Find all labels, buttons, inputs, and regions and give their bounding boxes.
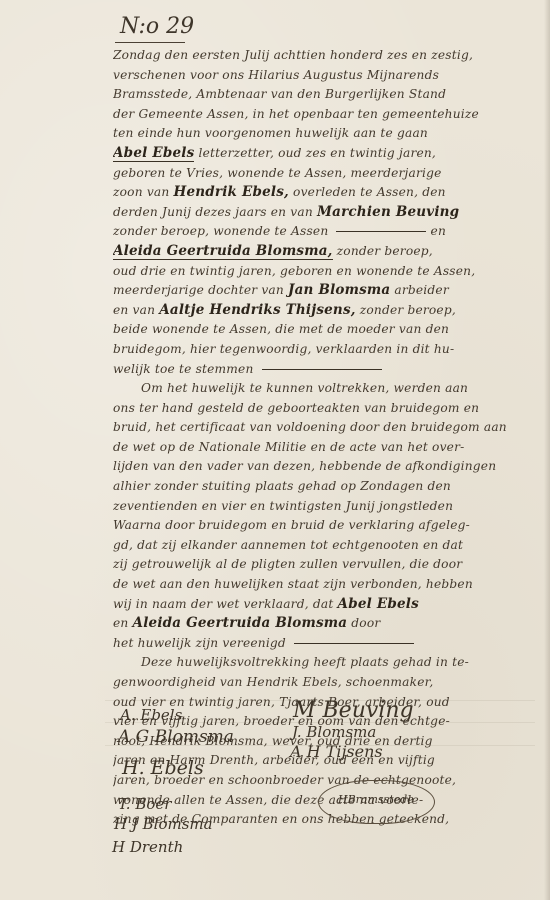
person-name: Marchien Beuving (317, 204, 459, 220)
signature: H Drenth (112, 838, 183, 856)
line-text: der Gemeente Assen, in het openbaar ten … (113, 107, 479, 121)
text-line: Abel Ebels letterzetter, oud zes en twin… (113, 144, 538, 164)
text-line: ten einde hun voorgenomen huwelijk aan t… (113, 124, 538, 144)
text-line: genwoordigheid van Hendrik Ebels, schoen… (113, 673, 538, 693)
text-line: Zondag den eersten Julij achttien honder… (113, 46, 538, 66)
text-line: verschenen voor ons Hilarius Augustus Mi… (113, 66, 538, 86)
line-text: Om het huwelijk te kunnen voltrekken, we… (141, 381, 468, 395)
text-line: gd, dat zij elkander aannemen tot echtge… (113, 536, 538, 556)
text-line: oud drie en twintig jaren, geboren en wo… (113, 262, 538, 282)
line-text: meerderjarige dochter van (113, 283, 284, 297)
line-text: Zondag den eersten Julij achttien honder… (113, 48, 473, 62)
text-line: de wet aan den huwelijken staat zijn ver… (113, 575, 538, 595)
text-line: Deze huwelijksvoltrekking heeft plaats g… (113, 653, 538, 673)
person-name: Aaltje Hendriks Thijsens, (159, 302, 355, 318)
text-line: zij getrouwelijk al de pligten zullen ve… (113, 555, 538, 575)
line-text: zoon van (113, 185, 169, 199)
signature: T. Boer (118, 795, 171, 813)
signature: A. Ebels (120, 706, 182, 724)
line-text: de wet aan den huwelijken staat zijn ver… (113, 577, 473, 591)
text-line: en van Aaltje Hendriks Thijsens, zonder … (113, 301, 538, 321)
text-line: Aleida Geertruida Blomsma, zonder beroep… (113, 242, 538, 262)
person-name: Aleida Geertruida Blomsma, (113, 243, 333, 260)
fill-line (294, 643, 414, 644)
text-line: lijden van den vader van dezen, hebbende… (113, 457, 538, 477)
text-line: bruidegom, hier tegenwoordig, verklaarde… (113, 340, 538, 360)
person-name: Aleida Geertruida Blomsma (133, 615, 348, 631)
record-number-underline (115, 42, 185, 43)
line-text: verschenen voor ons Hilarius Augustus Mi… (113, 68, 439, 82)
official-signature-flourish (318, 780, 435, 824)
line-text: zonder beroep, wonende te Assen (113, 224, 328, 238)
text-line: ons ter hand gesteld de geboorteakten va… (113, 399, 538, 419)
page-edge-shadow (544, 0, 550, 900)
line-text: en van (113, 303, 155, 317)
text-line: alhier zonder stuiting plaats gehad op Z… (113, 477, 538, 497)
line-text: derden Junij dezes jaars en van (113, 205, 313, 219)
line-text: genwoordigheid van Hendrik Ebels, schoen… (113, 675, 433, 689)
text-line: het huwelijk zijn vereenigd (113, 634, 538, 654)
text-line: Om het huwelijk te kunnen voltrekken, we… (113, 379, 538, 399)
line-text: Bramsstede, Ambtenaar van den Burgerlijk… (113, 87, 446, 101)
line-text: beide wonende te Assen, die met de moede… (113, 322, 449, 336)
signature: M Beuving (293, 698, 414, 723)
line-text: geboren te Vries, wonende te Assen, meer… (113, 166, 442, 180)
person-name: Hendrik Ebels, (174, 184, 289, 200)
line-text: ten einde hun voorgenomen huwelijk aan t… (113, 126, 428, 140)
text-line: bruid, het certificaat van voldoening do… (113, 418, 538, 438)
text-line: de wet op de Nationale Militie en de act… (113, 438, 538, 458)
line-text: zonder beroep, (337, 244, 433, 258)
text-line: der Gemeente Assen, in het openbaar ten … (113, 105, 538, 125)
signature: A H Tijsens (290, 742, 383, 761)
text-line: Waarna door bruidegom en bruid de verkla… (113, 516, 538, 536)
line-text: oud drie en twintig jaren, geboren en wo… (113, 264, 475, 278)
line-text: en (113, 616, 128, 630)
person-name: Jan Blomsma (288, 282, 390, 298)
line-text: de wet op de Nationale Militie en de act… (113, 440, 464, 454)
line-text: het huwelijk zijn vereenigd (113, 636, 286, 650)
line-text: zij getrouwelijk al de pligten zullen ve… (113, 557, 462, 571)
signature: H J Blomsma (114, 815, 213, 833)
line-text: Waarna door bruidegom en bruid de verkla… (113, 518, 470, 532)
text-line: welijk toe te stemmen (113, 360, 538, 380)
line-text: zonder beroep, (360, 303, 456, 317)
line-text: bruidegom, hier tegenwoordig, verklaarde… (113, 342, 454, 356)
line-text: welijk toe te stemmen (113, 362, 254, 376)
text-line: zeventienden en vier en twintigsten Juni… (113, 497, 538, 517)
text-line: en Aleida Geertruida Blomsma door (113, 614, 538, 634)
line-text: ons ter hand gesteld de geboorteakten va… (113, 401, 479, 415)
text-line: derden Junij dezes jaars en van Marchien… (113, 203, 538, 223)
line-text: overleden te Assen, den (293, 185, 446, 199)
line-text: door (351, 616, 380, 630)
signature: A G Blomsma (118, 727, 234, 747)
line-text: letterzetter, oud zes en twintig jaren, (198, 146, 436, 160)
text-line: meerderjarige dochter van Jan Blomsma ar… (113, 281, 538, 301)
text-line: geboren te Vries, wonende te Assen, meer… (113, 164, 538, 184)
text-line: Bramsstede, Ambtenaar van den Burgerlijk… (113, 85, 538, 105)
line-text: bruid, het certificaat van voldoening do… (113, 420, 507, 434)
line-text: en (431, 224, 446, 238)
person-name: Abel Ebels (113, 145, 194, 162)
text-line: beide wonende te Assen, die met de moede… (113, 320, 538, 340)
line-text: lijden van den vader van dezen, hebbende… (113, 459, 496, 473)
line-text: wij in naam der wet verklaard, dat (113, 597, 333, 611)
text-line: wij in naam der wet verklaard, dat Abel … (113, 595, 538, 615)
line-text: zeventienden en vier en twintigsten Juni… (113, 499, 453, 513)
fill-line (336, 231, 426, 232)
person-name: Abel Ebels (338, 596, 419, 612)
line-text: Deze huwelijksvoltrekking heeft plaats g… (141, 655, 469, 669)
text-line: zoon van Hendrik Ebels, overleden te Ass… (113, 183, 538, 203)
line-text: arbeider (394, 283, 448, 297)
line-text: gd, dat zij elkander aannemen tot echtge… (113, 538, 463, 552)
line-text: alhier zonder stuiting plaats gehad op Z… (113, 479, 451, 493)
fill-line (262, 369, 382, 370)
signature: H. Ebels (122, 757, 204, 779)
text-line: zonder beroep, wonende te Assen en (113, 222, 538, 242)
scanned-register-page: N:o 29 Zondag den eersten Julij achttien… (0, 0, 550, 900)
record-number: N:o 29 (120, 14, 194, 39)
signature: J. Blomsma (292, 723, 376, 741)
